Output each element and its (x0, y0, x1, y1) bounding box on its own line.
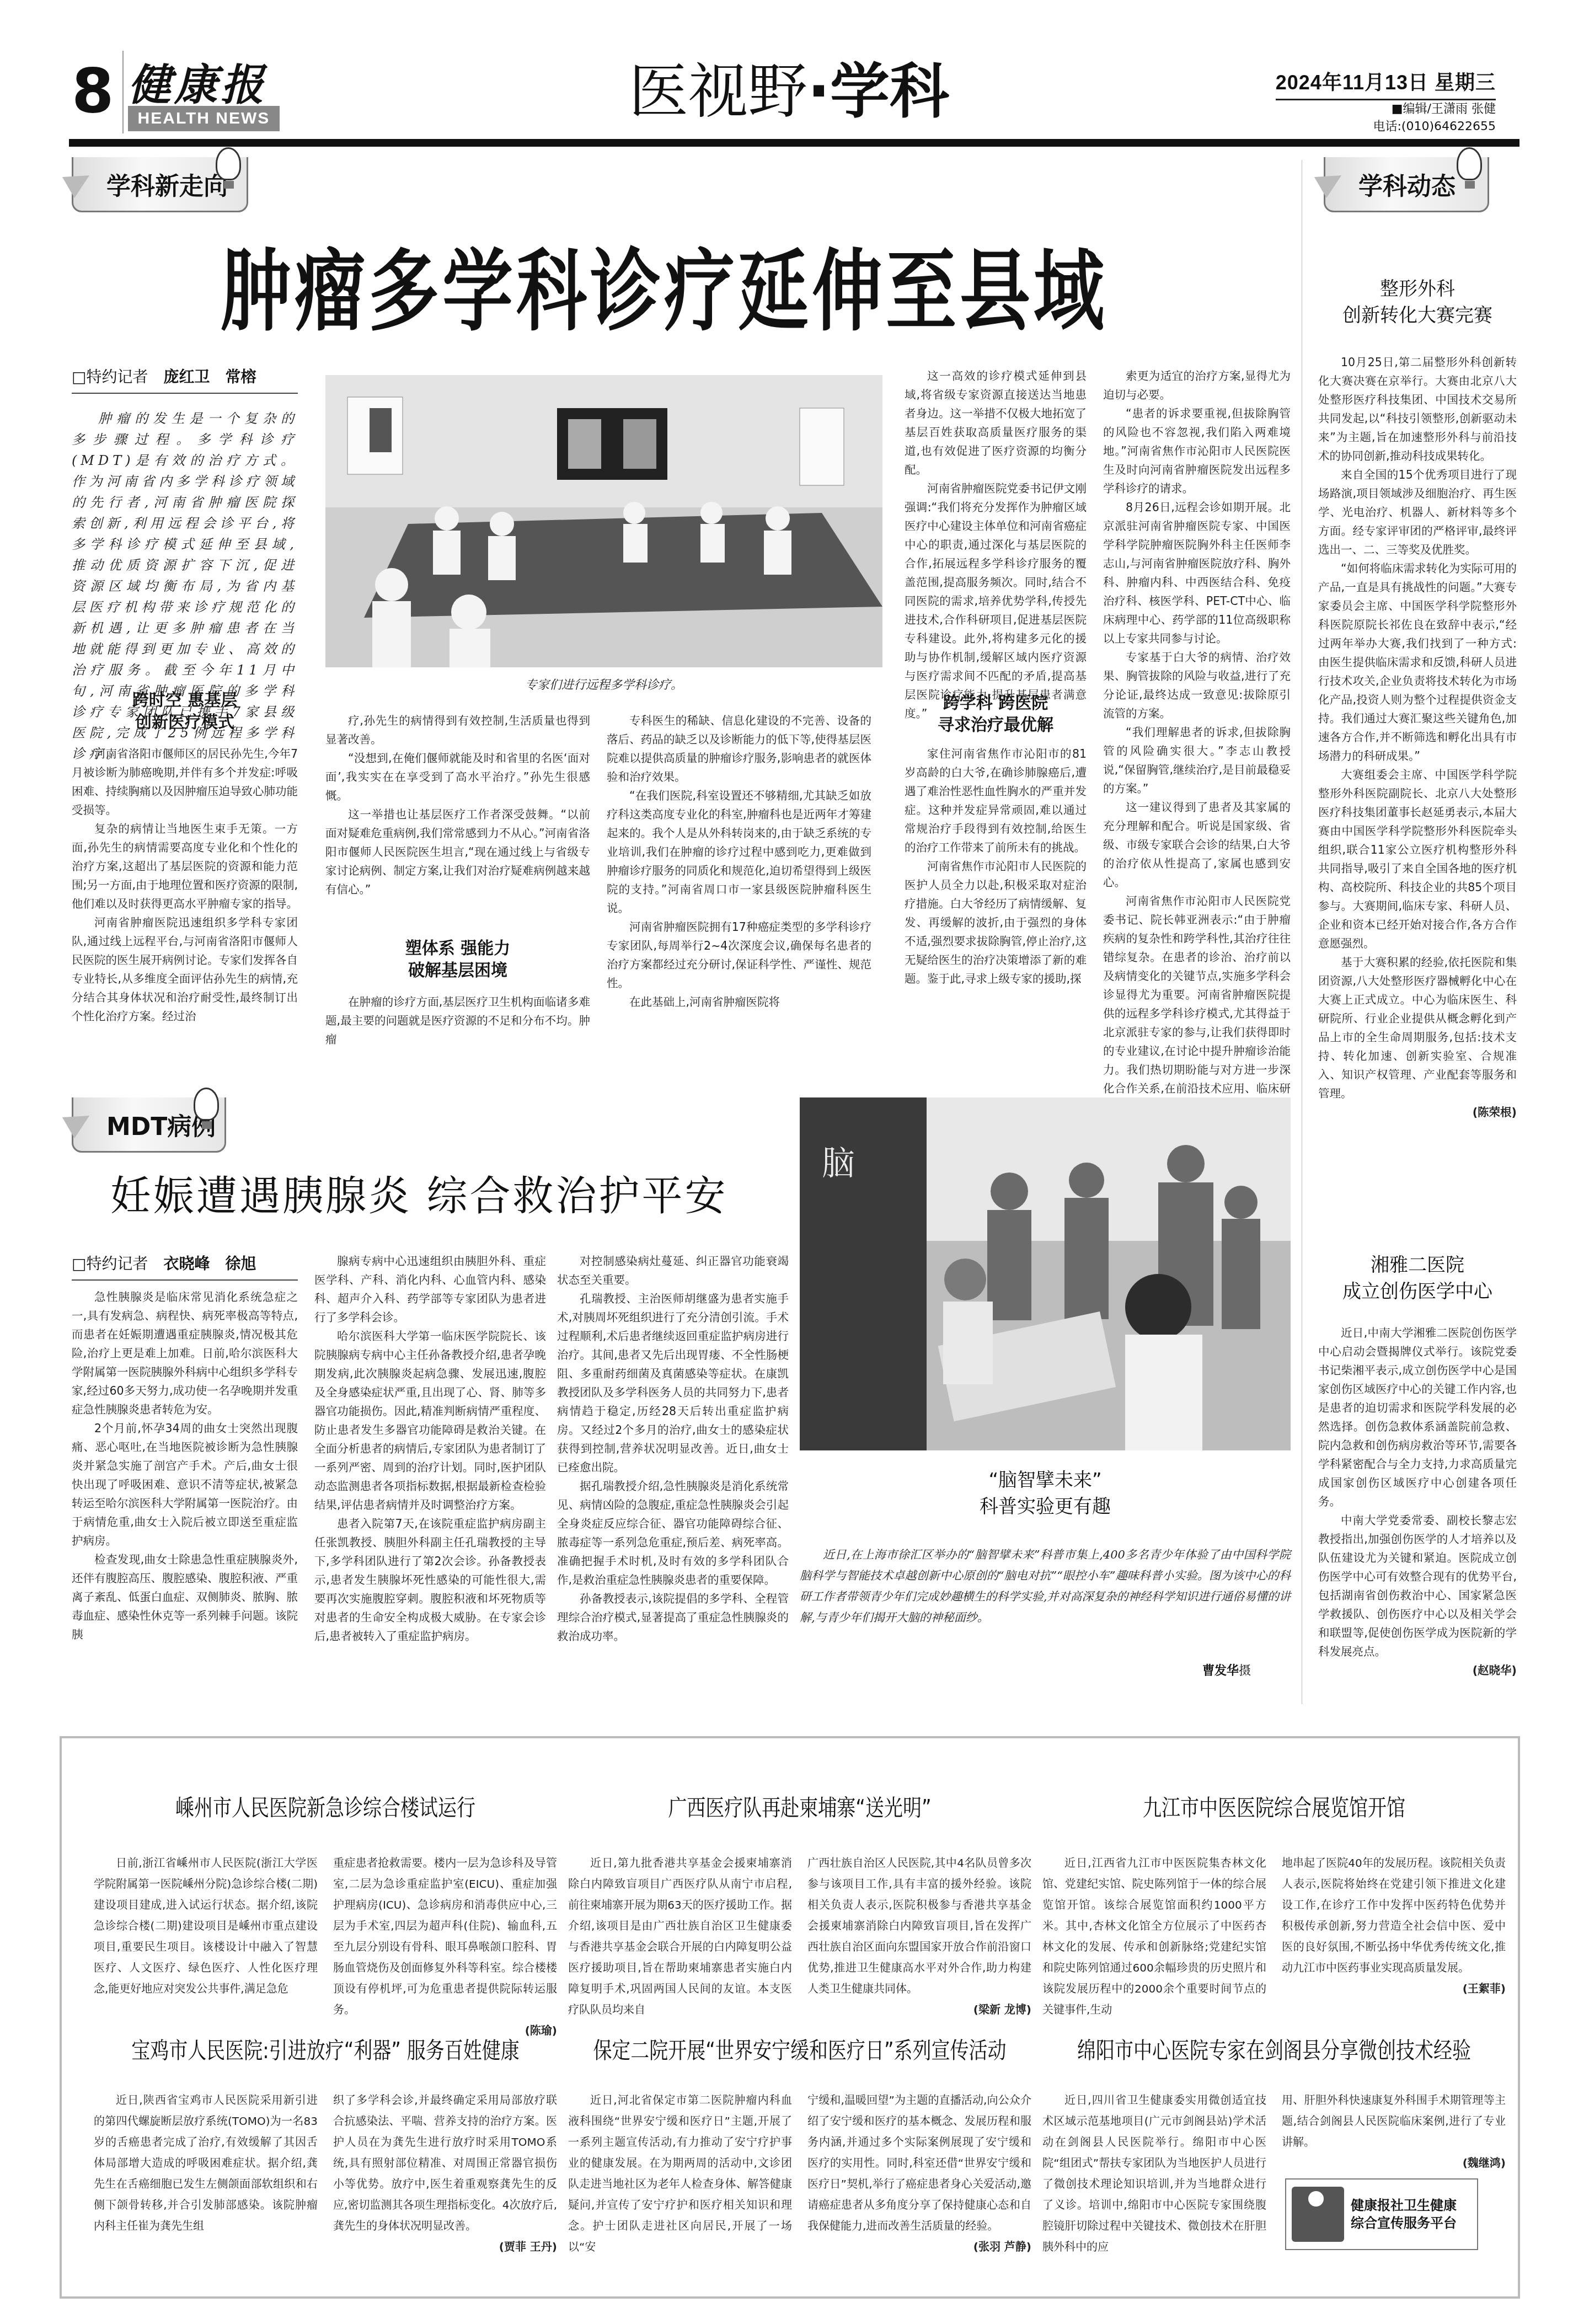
byline-author: 庞红卫 (163, 368, 210, 386)
main-col-4b: 家住河南省焦作市沁阳市的81岁高龄的白大爷,在确诊肺腺癌后,遭遇了难治性恶性血性… (905, 745, 1087, 988)
paper-logo: 健康报 (128, 51, 267, 113)
brain-science-photo: 脑 (800, 1097, 1291, 1450)
section-title: 医视野·学科 (629, 61, 949, 123)
main-col-2: 疗,孙先生的病情得到有效控制,生活质量也得到显著改善。 “没想到,在俺们偃师就能… (325, 711, 590, 899)
brief-item: 广西医疗队再赴柬埔寨“送光明” 近日,第九批香港共享基金会援柬埔寨消除白内障致盲… (568, 1792, 1031, 2020)
brief-headline: 广西医疗队再赴柬埔寨“送光明” (568, 1790, 1031, 1822)
column-tag-label: 学科动态 (1358, 167, 1456, 202)
main-col-5: 索更为适宜的治疗方案,显得尤为迫切与必要。 “患者的诉求要重视,但拔除胸管的风险… (1103, 367, 1291, 1117)
svg-text:脑: 脑 (822, 1144, 855, 1183)
column-tag-mdt: MDT病例 (72, 1097, 226, 1153)
author-credit: (王絮菲) (1282, 1978, 1506, 1999)
brief-item: 宝鸡市人民医院:引进放疗“利器” 服务百姓健康 近日,陕西省宝鸡市人民医院采用新… (94, 2035, 557, 2257)
meeting-room-image (325, 375, 882, 667)
byline-author: 衣晓峰 (163, 1255, 210, 1273)
platform-logo-line1: 健康报社卫生健康 (1351, 2197, 1457, 2214)
author-credit: (梁新 龙博) (807, 1999, 1031, 2020)
logo-divider (122, 51, 124, 133)
brief-headline: 宝鸡市人民医院:引进放疗“利器” 服务百姓健康 (94, 2032, 557, 2065)
phone: 电话:(010)64622655 (1373, 117, 1496, 134)
column-tag-new-direction: 学科新走向 (72, 157, 248, 212)
subhead-3: 跨学科 跨医院 寻求治疗最优解 (905, 692, 1087, 736)
main-col-4: 这一高效的诊疗模式延伸到县域,将省级专家资源直接送达当地患者身边。这一举措不仅极… (905, 367, 1087, 723)
brief-headline: 九江市中医医院综合展览馆开馆 (1042, 1790, 1506, 1822)
main-col-2b: 在肿瘤的诊疗方面,基层医疗卫生机构面临诸多难题,最主要的问题就是医疗资源的不足和… (325, 993, 590, 1049)
runner-logo-icon (1292, 2187, 1344, 2242)
byline-label: □特约记者 (72, 368, 148, 386)
lightbulb-icon (1457, 147, 1482, 180)
column-divider (1302, 160, 1302, 1704)
byline-label: □特约记者 (72, 1255, 148, 1273)
lightbulb-icon (216, 147, 241, 180)
paper-plane-icon (1314, 165, 1347, 198)
column-tag-dynamics: 学科动态 (1324, 157, 1489, 212)
byline-author: 徐旭 (225, 1255, 256, 1273)
issue-date: 2024年11月13日 星期三 (1276, 67, 1496, 100)
science-fair-image: 脑 (800, 1097, 1291, 1450)
author-credit: (贾菲 王丹) (333, 2236, 557, 2257)
mdt-col-2: 腺病专病中心迅速组织由胰胆外科、重症医学科、产科、消化内科、心血管内科、感染科、… (314, 1252, 546, 1646)
science-caption: 近日,在上海市徐汇区举办的“脑智擘未来”科普市集上,400多名青少年体验了由中国… (800, 1544, 1291, 1628)
main-headline: 肿瘤多学科诊疗延伸至县域 (221, 221, 1107, 347)
brief-item: 九江市中医医院综合展览馆开馆 近日,江西省九江市中医医院集杏林文化馆、党建纪实馆… (1042, 1792, 1506, 2020)
mdt-col-1: 急性胰腺炎是临床常见消化系统急症之一,具有发病急、病程快、病死率极高等特点,而患… (72, 1288, 298, 1644)
section-title-sep: · (807, 57, 830, 126)
subhead-2: 塑体系 强能力 破解基层困境 (325, 938, 590, 982)
brief-item: 保定二院开展“世界安宁缓和医疗日”系列宣传活动 近日,河北省保定市第二医院肿瘤内… (568, 2035, 1031, 2257)
paper-plane-icon (62, 165, 95, 198)
brief-headline: 嵊州市人民医院新急诊综合楼试运行 (94, 1790, 557, 1822)
brief-headline: 绵阳市中心医院专家在剑阁县分享微创技术经验 (1042, 2032, 1506, 2065)
remote-mdt-photo (325, 375, 882, 667)
author-credit: (张羽 芦静) (807, 2236, 1031, 2257)
photo-credit: 曹发华摄 (1202, 1661, 1251, 1678)
byline-author: 常榕 (225, 368, 256, 386)
section-title-part-b: 学科 (830, 57, 949, 126)
dynamics-body-2: 近日,中南大学湘雅二医院创伤医学中心启动会暨揭牌仪式举行。该院党委书记柴湘平表示… (1318, 1324, 1517, 1680)
dynamics-headline-2: 湘雅二医院 成立创伤医学中心 (1318, 1252, 1517, 1305)
main-col-1: 河南省洛阳市偃师区的居民孙先生,今年7月被诊断为肺癌晚期,并伴有多个并发症:呼吸… (72, 745, 298, 1026)
mdt-col-3: 对控制感染病灶蔓延、纠正器官功能衰竭状态至关重要。 孔瑞教授、主治医师胡继盛为患… (557, 1252, 789, 1646)
paper-plane-icon (62, 1105, 95, 1138)
mdt-headline: 妊娠遭遇胰腺炎 综合救治护平安 (110, 1164, 728, 1222)
mdt-byline: □特约记者衣晓峰徐旭 (72, 1252, 298, 1281)
platform-logo: 健康报社卫生健康 综合宣传服务平台 (1285, 2178, 1478, 2250)
brief-item: 嵊州市人民医院新急诊综合楼试运行 日前,浙江省嵊州市人民医院(浙江大学医学院附属… (94, 1792, 557, 2041)
author-credit: (魏继鸿) (1282, 2152, 1506, 2173)
author-credit: (陈荣根) (1318, 1103, 1517, 1122)
platform-logo-line2: 综合宣传服务平台 (1351, 2214, 1457, 2232)
dynamics-body-1: 10月25日,第二届整形外科创新转化大赛决赛在京举行。大赛由北京八大处整形医疗科… (1318, 353, 1517, 1122)
lightbulb-icon (194, 1088, 219, 1121)
main-byline: □特约记者庞红卫常榕 (72, 365, 298, 394)
subhead-1: 跨时空 惠基层 创新医疗模式 (72, 689, 298, 733)
paper-logo-english: HEALTH NEWS (128, 106, 280, 131)
photo-caption: 专家们进行远程多学科诊疗。 (325, 676, 882, 693)
brief-headline: 保定二院开展“世界安宁缓和医疗日”系列宣传活动 (568, 2032, 1031, 2065)
main-col-3: 专科医生的稀缺、信息化建设的不完善、设备的落后、药品的缺乏以及诊断能力的低下等,… (607, 711, 871, 1011)
editors: ■编辑/王潇雨 张健 (1392, 99, 1496, 116)
dynamics-headline-1: 整形外科 创新转化大赛完赛 (1318, 276, 1517, 329)
science-headline: “脑智擘未来” 科普实验更有趣 (800, 1467, 1291, 1520)
page-number: 8 (72, 61, 114, 121)
author-credit: (赵晓华) (1318, 1661, 1517, 1680)
masthead-rule (69, 139, 1520, 147)
section-title-part-a: 医视野 (629, 57, 807, 126)
column-tag-label: 学科新走向 (106, 167, 228, 202)
